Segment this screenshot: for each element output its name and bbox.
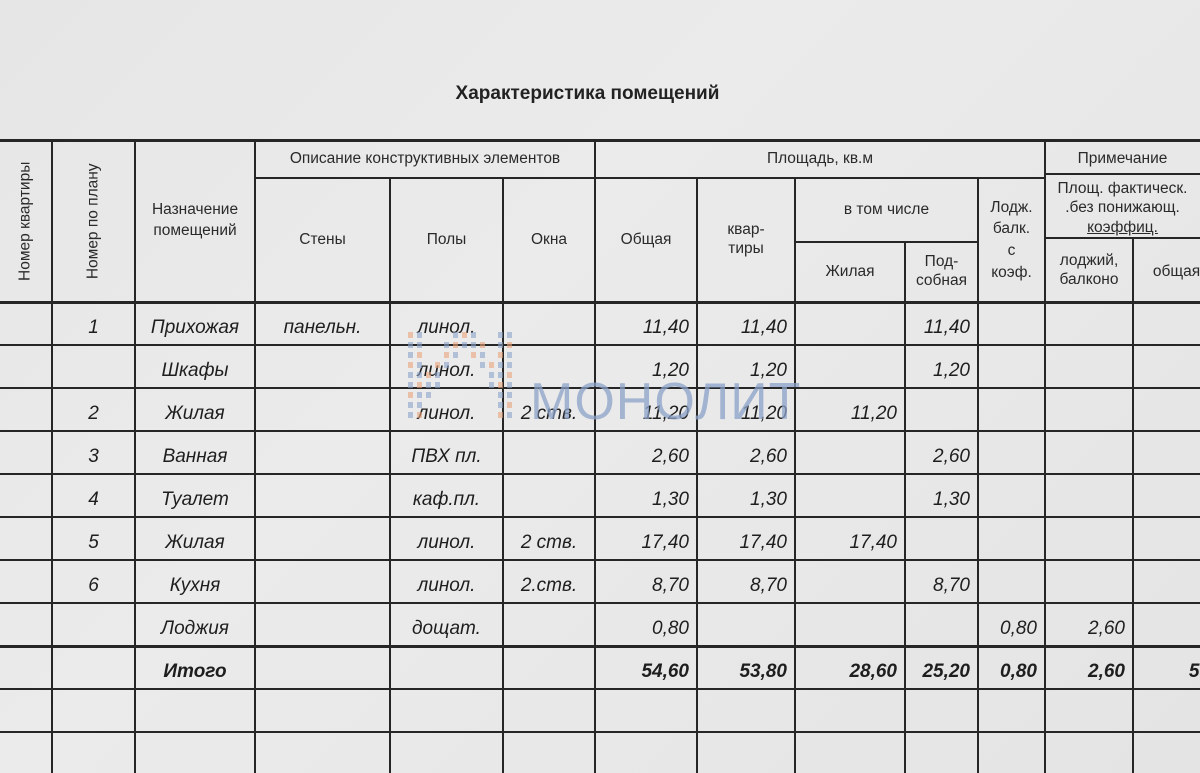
grid-line xyxy=(0,516,1200,518)
cell-total: 11,40 xyxy=(595,302,697,345)
header-floors: Полы xyxy=(390,178,503,302)
grid-line xyxy=(977,178,979,773)
grid-line xyxy=(0,645,1200,648)
cell-purpose: Лоджия xyxy=(135,603,255,646)
grid-line xyxy=(904,242,906,773)
cell-windows: 2 ств. xyxy=(503,517,595,560)
totals-total: 54,60 xyxy=(595,646,697,689)
cell-floors: линол. xyxy=(390,517,503,560)
header-loggias: лоджий,балконо xyxy=(1045,238,1133,302)
cell-floors: линол. xyxy=(390,302,503,345)
cell-living xyxy=(795,302,905,345)
grid-line xyxy=(1045,173,1200,175)
cell-auxiliary: 1,20 xyxy=(905,345,978,388)
grid-line xyxy=(696,178,698,773)
grid-line xyxy=(0,139,1200,142)
header-apartment: квар-тиры xyxy=(697,178,795,302)
cell-general-actual xyxy=(1133,603,1200,646)
cell-plan-no xyxy=(52,345,135,388)
cell-purpose: Жилая xyxy=(135,388,255,431)
cell-windows xyxy=(503,345,595,388)
cell-purpose: Туалет xyxy=(135,474,255,517)
cell-plan-no: 4 xyxy=(52,474,135,517)
cell-purpose: Ванная xyxy=(135,431,255,474)
grid-line xyxy=(0,301,1200,304)
cell-walls xyxy=(255,560,390,603)
cell-walls xyxy=(255,517,390,560)
cell-loggia: 0,80 xyxy=(978,603,1045,646)
cell-general-actual xyxy=(1133,517,1200,560)
cell-walls: панельн. xyxy=(255,302,390,345)
cell-loggias-actual xyxy=(1045,431,1133,474)
cell-total: 8,70 xyxy=(595,560,697,603)
cell-apartment-no xyxy=(0,345,52,388)
grid-line xyxy=(134,140,136,773)
cell-plan-no xyxy=(52,603,135,646)
totals-apartment: 53,80 xyxy=(697,646,795,689)
header-general: общая xyxy=(1133,242,1200,302)
cell-general-actual xyxy=(1133,474,1200,517)
header-purpose: Назначение помещений xyxy=(135,140,255,302)
header-plan-no-label: Номер по плану xyxy=(84,163,103,279)
cell-floors: линол. xyxy=(390,560,503,603)
cell-apartment-no xyxy=(0,388,52,431)
cell-total: 1,20 xyxy=(595,345,697,388)
cell-windows: 2.ств. xyxy=(503,560,595,603)
cell-total: 2,60 xyxy=(595,431,697,474)
grid-line xyxy=(502,178,504,773)
cell-living xyxy=(795,560,905,603)
grid-line xyxy=(255,177,1045,179)
cell-total: 1,30 xyxy=(595,474,697,517)
grid-line xyxy=(0,602,1200,604)
cell-general-actual xyxy=(1133,345,1200,388)
cell-purpose: Кухня xyxy=(135,560,255,603)
header-including: в том числе xyxy=(795,178,978,242)
cell-general-actual xyxy=(1133,388,1200,431)
cell-floors: дощат. xyxy=(390,603,503,646)
cell-apartment: 17,40 xyxy=(697,517,795,560)
totals-loggia: 0,80 xyxy=(978,646,1045,689)
cell-plan-no: 1 xyxy=(52,302,135,345)
header-area: Площадь, кв.м xyxy=(595,140,1045,178)
cell-living xyxy=(795,603,905,646)
cell-general-actual xyxy=(1133,560,1200,603)
cell-auxiliary: 1,30 xyxy=(905,474,978,517)
grid-line xyxy=(0,344,1200,346)
grid-line xyxy=(594,140,596,773)
header-total: Общая xyxy=(595,178,697,302)
cell-apartment: 2,60 xyxy=(697,431,795,474)
grid-line xyxy=(0,688,1200,690)
grid-line xyxy=(0,430,1200,432)
cell-loggias-actual xyxy=(1045,388,1133,431)
cell-walls xyxy=(255,431,390,474)
cell-living xyxy=(795,474,905,517)
cell-loggias-actual xyxy=(1045,560,1133,603)
cell-apartment-no xyxy=(0,560,52,603)
cell-living: 11,20 xyxy=(795,388,905,431)
cell-loggias-actual xyxy=(1045,517,1133,560)
cell-auxiliary: 8,70 xyxy=(905,560,978,603)
cell-walls xyxy=(255,388,390,431)
header-actual-area: Площ. фактическ..без понижающ.коэффиц. xyxy=(1045,174,1200,242)
grid-line xyxy=(0,387,1200,389)
cell-auxiliary xyxy=(905,603,978,646)
cell-loggias-actual: 2,60 xyxy=(1045,603,1133,646)
grid-line xyxy=(0,559,1200,561)
cell-apartment: 11,40 xyxy=(697,302,795,345)
grid-line xyxy=(794,178,796,773)
grid-line xyxy=(1132,238,1134,773)
cell-loggia xyxy=(978,517,1045,560)
totals-loggias-actual: 2,60 xyxy=(1045,646,1133,689)
cell-apartment: 1,30 xyxy=(697,474,795,517)
cell-apartment-no xyxy=(0,603,52,646)
cell-apartment: 11,20 xyxy=(697,388,795,431)
cell-walls xyxy=(255,603,390,646)
cell-plan-no: 3 xyxy=(52,431,135,474)
cell-total: 11,20 xyxy=(595,388,697,431)
cell-living xyxy=(795,345,905,388)
totals-living: 28,60 xyxy=(795,646,905,689)
cell-walls xyxy=(255,474,390,517)
totals-label: Итого xyxy=(135,646,255,689)
cell-apartment-no xyxy=(0,517,52,560)
header-auxiliary: Под-собная xyxy=(905,242,978,302)
cell-windows xyxy=(503,431,595,474)
cell-general-actual xyxy=(1133,302,1200,345)
grid-line xyxy=(0,473,1200,475)
cell-loggia xyxy=(978,388,1045,431)
cell-apartment xyxy=(697,603,795,646)
cell-windows xyxy=(503,302,595,345)
cell-floors: линол. xyxy=(390,345,503,388)
totals-auxiliary: 25,20 xyxy=(905,646,978,689)
cell-loggias-actual xyxy=(1045,302,1133,345)
totals-general-actual: 56 xyxy=(1143,646,1200,689)
cell-windows xyxy=(503,474,595,517)
grid-line xyxy=(254,140,256,773)
cell-windows xyxy=(503,603,595,646)
cell-purpose: Прихожая xyxy=(135,302,255,345)
cell-living: 17,40 xyxy=(795,517,905,560)
cell-apartment: 8,70 xyxy=(697,560,795,603)
cell-purpose: Жилая xyxy=(135,517,255,560)
grid-line xyxy=(51,140,53,773)
cell-apartment-no xyxy=(0,474,52,517)
cell-general-actual xyxy=(1133,431,1200,474)
cell-loggia xyxy=(978,431,1045,474)
cell-auxiliary: 11,40 xyxy=(905,302,978,345)
cell-loggia xyxy=(978,302,1045,345)
cell-windows: 2 ств. xyxy=(503,388,595,431)
grid-line xyxy=(795,241,978,243)
cell-floors: каф.пл. xyxy=(390,474,503,517)
grid-line xyxy=(1045,237,1200,239)
cell-floors: ПВХ пл. xyxy=(390,431,503,474)
grid-line xyxy=(0,731,1200,733)
cell-auxiliary xyxy=(905,517,978,560)
cell-plan-no: 5 xyxy=(52,517,135,560)
header-living: Жилая xyxy=(795,242,905,302)
cell-plan-no: 2 xyxy=(52,388,135,431)
header-plan-no: Номер по плану xyxy=(52,140,135,302)
cell-walls xyxy=(255,345,390,388)
cell-loggias-actual xyxy=(1045,474,1133,517)
cell-floors: линол. xyxy=(390,388,503,431)
cell-auxiliary: 2,60 xyxy=(905,431,978,474)
cell-apartment: 1,20 xyxy=(697,345,795,388)
cell-auxiliary xyxy=(905,388,978,431)
cell-apartment-no xyxy=(0,431,52,474)
cell-loggia xyxy=(978,345,1045,388)
header-apartment-no: Номер квартиры xyxy=(0,140,52,302)
cell-loggias-actual xyxy=(1045,345,1133,388)
cell-loggia xyxy=(978,474,1045,517)
cell-total: 17,40 xyxy=(595,517,697,560)
cell-loggia xyxy=(978,560,1045,603)
cell-plan-no: 6 xyxy=(52,560,135,603)
header-loggia-coef: Лодж.балк.скоэф. xyxy=(978,178,1045,302)
cell-purpose: Шкафы xyxy=(135,345,255,388)
cell-living xyxy=(795,431,905,474)
grid-line xyxy=(389,178,391,773)
header-apartment-no-label: Номер квартиры xyxy=(17,161,36,280)
header-structural-elements: Описание конструктивных элементов xyxy=(255,140,595,178)
cell-apartment-no xyxy=(0,302,52,345)
header-windows: Окна xyxy=(503,178,595,302)
page-title: Характеристика помещений xyxy=(0,83,1175,105)
header-walls: Стены xyxy=(255,178,390,302)
cell-total: 0,80 xyxy=(595,603,697,646)
grid-line xyxy=(1044,140,1046,773)
